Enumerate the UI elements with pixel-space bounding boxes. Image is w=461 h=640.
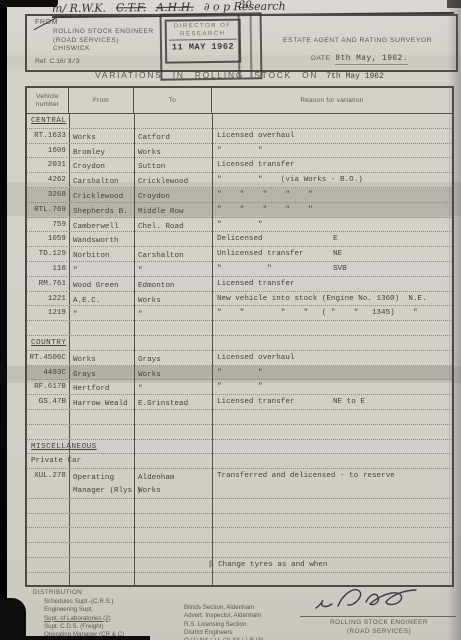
distribution-item: Blinds Section, Aldenham	[184, 604, 263, 612]
to-cell: Cricklewood	[138, 176, 188, 189]
scan-black-edge	[0, 0, 7, 640]
column-header-to: To	[134, 88, 212, 113]
vehicle-number-cell: 4262	[27, 176, 66, 184]
date-label: DATE	[311, 55, 331, 62]
scan-black-edge	[0, 636, 150, 640]
from-cell: Operating Manager (Rlys.)	[73, 472, 141, 497]
table-row: 118""" "SVB	[27, 262, 452, 277]
handwritten-slash	[27, 5, 57, 30]
distribution-list-2: Blinds Section, AldenhamAdvert. Inspecto…	[184, 604, 263, 640]
table-row: RT.4506CWorksGraysLicensed overhaul	[27, 351, 452, 366]
to-cell: "	[138, 309, 143, 322]
status-code-cell: NE to E	[333, 398, 365, 406]
vehicle-number-cell: 2031	[27, 161, 66, 169]
to-cell: Aldenham Works	[138, 472, 174, 497]
table-row: 759CamberwellChel. Road" "	[27, 218, 452, 233]
from-cell: Wandsworth	[73, 235, 119, 248]
reason-cell: " " (via Works - B.O.)	[217, 176, 363, 184]
status-code-cell: NE	[333, 250, 342, 258]
table-row: β Change tyres as and when	[27, 558, 452, 573]
to-cell: Sutton	[138, 161, 165, 174]
vehicle-number-cell: RT.1633	[27, 132, 66, 140]
table-row: 1219""" " " " ( " " 1345) "	[27, 306, 452, 321]
to-cell: Chel. Road	[138, 221, 184, 234]
reason-cell: Licensed overhaul	[217, 354, 294, 362]
vehicle-number-cell: 759	[27, 221, 66, 229]
scan-black-edge	[447, 0, 461, 8]
reason-cell: " "	[217, 147, 263, 155]
section-label: CENTRAL	[31, 117, 66, 125]
distribution-item: Schedules Supt.-(C.R.S.)	[44, 598, 124, 606]
table-row	[27, 321, 452, 336]
stamp-divider	[169, 39, 237, 41]
handwritten-mark: 30	[239, 0, 252, 11]
vehicle-number-cell: RTL.769	[27, 206, 66, 214]
from-cell: Norbiton	[73, 250, 109, 263]
status-code-cell: E	[333, 235, 338, 243]
table-row: 4493CGraysWorks" "	[27, 366, 452, 381]
distribution-item: Engineering Supt.	[44, 606, 124, 614]
reason-cell: " " " " "	[217, 191, 313, 199]
vehicle-number-cell: RM.761	[27, 280, 66, 288]
reason-cell: Licensed transfer	[217, 161, 294, 169]
received-stamp: DIRECTOR OF RESEARCH 11 MAY 1962	[165, 19, 242, 64]
document-title: VARIATIONS IN ROLLING STOCK ON7th May 19…	[25, 70, 454, 81]
to-cell: E.Grinstead	[138, 398, 188, 411]
table-row: GS.47BHarrow WealdE.GrinsteadLicensed tr…	[27, 395, 452, 410]
from-cell: Bromley	[73, 147, 105, 160]
date-line: DATE 8th May, 1962.	[311, 55, 408, 63]
reason-cell: New vehicle into stock (Engine No. 1360)…	[217, 295, 427, 303]
to-cell: Catford	[138, 132, 170, 145]
table-row: XUL.278Operating Manager (Rlys.)Aldenham…	[27, 469, 452, 499]
table-row: 1221A.E.C.WorksNew vehicle into stock (E…	[27, 292, 452, 307]
to-cell: Croydon	[138, 191, 170, 204]
vehicle-number-cell: RF.617B	[27, 383, 66, 391]
distribution-item: Advert. Inspector, Aldenham	[184, 612, 263, 620]
vehicle-number-cell: 1059	[27, 235, 66, 243]
to-cell: Middle Row	[138, 206, 184, 219]
handwritten-signature	[308, 584, 438, 616]
handwritten-note-segment: A.H.H.	[156, 1, 194, 14]
reason-cell: " " " " ( " " 1345) "	[217, 309, 418, 317]
from-cell: Harrow Weald	[73, 398, 128, 411]
table-row: RF.617BHertford"" "	[27, 380, 452, 395]
column-header-vehicle-number: Vehicle number	[27, 88, 69, 113]
table-row: β4262CarshaltonCricklewood" " (via Works…	[27, 173, 452, 188]
from-cell: Shepherds B.	[73, 206, 128, 219]
table-row	[27, 528, 452, 543]
variations-table: Vehicle number From To Reason for variat…	[25, 86, 454, 587]
vehicle-number-cell: 118	[27, 265, 66, 273]
from-cell: Hertford	[73, 383, 109, 396]
from-cell: Cricklewood	[73, 191, 123, 204]
vehicle-number-cell: 1609	[27, 147, 66, 155]
handwritten-note-segment: C.T.F.	[116, 1, 146, 14]
sender-address: ROLLING STOCK ENGINEER(ROAD SERVICES)CHI…	[53, 28, 154, 54]
to-cell: Works	[138, 295, 161, 308]
to-cell: Works	[138, 147, 161, 160]
section-label: COUNTRY	[31, 339, 66, 347]
from-cell: Works	[73, 354, 96, 367]
from-cell: Croydon	[73, 161, 105, 174]
reason-cell: Licensed transfer	[217, 280, 294, 288]
reason-cell: " "	[217, 221, 263, 229]
to-cell: Grays	[138, 354, 161, 367]
table-row: TD.129NorbitonCarshaltonUnlicensed trans…	[27, 247, 452, 262]
vehicle-number-cell: 1219	[27, 309, 66, 317]
reason-cell: " "	[217, 265, 272, 273]
table-row	[27, 499, 452, 514]
ref-label: Ref. C.16/	[35, 58, 66, 65]
title-printed: VARIATIONS IN ROLLING STOCK ON	[95, 70, 318, 80]
reason-cell: Transferred and delicensed - to reserve	[217, 472, 395, 480]
from-cell: Grays	[73, 369, 96, 382]
vehicle-number-cell: 1221	[27, 295, 66, 303]
table-row: 1609BromleyWorks" "	[27, 144, 452, 159]
reason-cell: Licensed transfer	[217, 398, 294, 406]
table-row: COUNTRY	[27, 336, 452, 351]
stamp-office-line1: DIRECTOR OF	[167, 23, 239, 30]
table-footnote: β Change tyres as and when	[209, 561, 327, 569]
span-label: Private Car	[31, 457, 81, 465]
distribution-list-1: Schedules Supt.-(C.R.S.)Engineering Supt…	[44, 598, 124, 639]
table-row	[27, 425, 452, 440]
vehicle-number-cell: RT.4506C	[27, 354, 66, 362]
distribution-item: District Engineers	[184, 629, 263, 637]
reason-cell: " "	[217, 383, 263, 391]
vehicle-number-cell: GS.47B	[27, 398, 66, 406]
from-cell: Wood Green	[73, 280, 119, 293]
scanned-document-page: m/ R.W.K.C.T.F.A.H.H.∂ o p Research FROM…	[0, 0, 461, 640]
distribution-item: Supt. of Laboratories (2)	[44, 615, 124, 623]
table-body: CENTRALRT.1633WorksCatfordLicensed overh…	[27, 114, 452, 586]
sender-line: ROLLING STOCK ENGINEER	[53, 28, 154, 37]
distribution-block: DISTRIBUTION	[33, 589, 82, 596]
scan-black-edge	[0, 0, 58, 7]
column-header-from: From	[69, 88, 134, 113]
status-code-cell: SVB	[333, 265, 347, 273]
ref-value: 3/3	[68, 58, 80, 66]
section-label: MISCELLANEOUS	[31, 443, 97, 451]
distribution-item: Supt. C.D.S. (Freight)	[44, 623, 124, 631]
scan-black-edge	[0, 598, 26, 640]
distribution-item: R.S. Licensing Section	[184, 621, 263, 629]
table-row	[27, 514, 452, 529]
reason-cell: Licensed overhaul	[217, 132, 294, 140]
stamp-date: 11 MAY 1962	[167, 42, 239, 53]
from-cell: "	[73, 309, 78, 322]
sender-line: (ROAD SERVICES)	[53, 37, 154, 46]
stamp-office-line2: RESEARCH	[167, 31, 239, 38]
date-value: 8th May, 1962.	[335, 55, 408, 65]
table-row: RM.761Wood GreenEdmontonLicensed transfe…	[27, 277, 452, 292]
vehicle-number-cell: XUL.278	[27, 472, 66, 480]
reason-cell: " "	[217, 369, 263, 377]
reference-line: Ref. C.16/ 3/3	[35, 58, 80, 66]
vehicle-number-cell: 4493C	[27, 369, 66, 377]
reason-cell: Delicensed	[217, 235, 263, 243]
to-cell: Edmonton	[138, 280, 174, 293]
from-cell: Carshalton	[73, 176, 119, 189]
table-row: CENTRAL	[27, 114, 452, 129]
table-row: MISCELLANEOUS	[27, 440, 452, 455]
title-typed-date: 7th May 1962	[326, 72, 384, 81]
table-row: βRTL.769Shepherds B.Middle Row" " " " "	[27, 203, 452, 218]
column-header-reason: Reason for variation	[212, 88, 452, 113]
from-cell: Works	[73, 132, 96, 145]
table-row	[27, 543, 452, 558]
to-cell: "	[138, 265, 143, 278]
table-row: Private Car	[27, 454, 452, 469]
table-header-row: Vehicle number From To Reason for variat…	[27, 88, 452, 114]
sender-line: CHISWICK	[53, 45, 154, 54]
to-cell: Works	[138, 369, 161, 382]
table-row: 3268CricklewoodCroydon" " " " "	[27, 188, 452, 203]
table-row: RT.1633WorksCatfordLicensed overhaul	[27, 129, 452, 144]
reason-cell: Unlicensed transfer	[217, 250, 304, 258]
vehicle-number-cell: 3268	[27, 191, 66, 199]
from-cell: A.E.C.	[73, 295, 100, 308]
to-cell: "	[138, 383, 143, 396]
signature-rule	[300, 616, 456, 617]
table-row	[27, 410, 452, 425]
reason-cell: " " " " "	[217, 206, 313, 214]
vehicle-number-cell: TD.129	[27, 250, 66, 258]
table-row: 2031CroydonSuttonLicensed transfer	[27, 158, 452, 173]
from-cell: "	[73, 265, 78, 278]
recipient-title: ESTATE AGENT AND RATING SURVEYOR	[283, 37, 432, 44]
distribution-title: DISTRIBUTION	[33, 589, 82, 596]
signatory-title: ROLLING STOCK ENGINEER (ROAD SERVICES)	[303, 619, 455, 636]
to-cell: Carshalton	[138, 250, 184, 263]
from-cell: Camberwell	[73, 221, 119, 234]
table-row: 1059WandsworthDelicensedE	[27, 232, 452, 247]
